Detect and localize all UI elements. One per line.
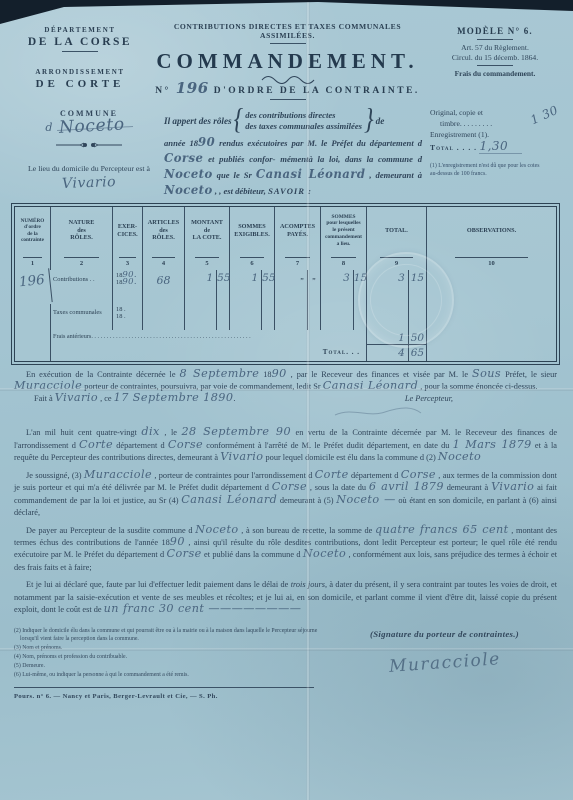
exercice-hand: 90. <box>122 277 137 287</box>
empty-cell <box>15 344 51 361</box>
col-number: 10 <box>427 255 556 270</box>
handwritten-entry: 1 Mars 1879 <box>453 438 532 451</box>
handwritten-entry: Corte <box>315 468 349 481</box>
exercice-line: 1890. <box>116 279 140 286</box>
header-right-block: MODÈLE N° 6. Art. 57 du Règlement. Circu… <box>429 22 561 103</box>
exercice-print: 18 . <box>116 306 140 313</box>
handwritten-entry: 28 Septembre 90 <box>181 425 291 438</box>
arrondissement-label: ARRONDISSEMENT <box>14 68 146 76</box>
appert-text: Il appert des rôles <box>164 116 232 126</box>
brace-lines: des contributions directes des taxes com… <box>245 110 362 131</box>
appert-row: Il appert des rôles { des contributions … <box>164 107 422 134</box>
handwritten-entry: Noceto <box>195 523 238 536</box>
francs-value: 3 <box>321 270 353 304</box>
exercice-print: 18 . <box>116 313 140 320</box>
printed-text: 18 <box>259 370 271 379</box>
footnote-4: (4) Nom, prénoms et profession du contri… <box>20 653 332 661</box>
appert-paragraph: année 1890 rendus exécutoires par M. le … <box>164 136 422 200</box>
handwritten-entry: Muracciole <box>84 468 152 481</box>
close-brace: } <box>364 104 374 138</box>
document-paper: DÉPARTEMENT DE LA CORSE ARRONDISSEMENT D… <box>0 0 573 800</box>
departement-name: DE LA CORSE <box>14 36 146 48</box>
handwritten-entry: Canasi Léonard <box>256 167 366 181</box>
photo-backdrop: DÉPARTEMENT DE LA CORSE ARRONDISSEMENT D… <box>0 0 573 800</box>
frais-label: Frais antérieurs <box>53 333 91 340</box>
col-number: 6 <box>230 255 275 270</box>
printed-text: conformément à l'arrêté de M. le Préfet … <box>203 441 453 450</box>
printed-text: , demeurant à <box>365 170 422 180</box>
montant-cell <box>185 304 230 330</box>
handwritten-entry: 17 Septembre 1890 <box>114 391 234 404</box>
observations-cell <box>427 330 556 344</box>
printed-text: , porteur de contraintes pour l'arrondis… <box>152 471 315 480</box>
paper-crease-horizontal <box>0 648 573 651</box>
fees-block: Original, copie et timbre. . . . . . . .… <box>422 107 561 200</box>
order-no-label: N° <box>155 86 171 96</box>
handwritten-entry: Noceto — <box>336 493 396 506</box>
header-center-block: CONTRIBUTIONS DIRECTES ET TAXES COMMUNAL… <box>146 22 429 103</box>
col-number: 8 <box>321 255 367 270</box>
handwritten-entry: Sous <box>472 367 501 380</box>
printed-text: . <box>233 394 235 403</box>
printed-text: , par le Receveur des finances et visée … <box>287 370 472 379</box>
handwritten-entry: Vivario <box>55 391 98 404</box>
exercices-values: 1890. 1890. <box>113 270 143 304</box>
articles-handwritten: 68 <box>143 270 185 304</box>
empty-cell <box>15 304 51 330</box>
exercices-empty: 18 . 18 . <box>113 304 143 330</box>
col-header-montant: MONTANT de LA COTE. <box>185 207 230 255</box>
fees-footnote: (1) L'enregistrement n'est dû que pour l… <box>430 163 548 179</box>
percepteur-domicile-handwritten: Vivario <box>62 182 116 184</box>
handwritten-entry: quatre francs 65 cent <box>375 523 509 536</box>
handwritten-entry: Canasi Léonard <box>181 493 277 506</box>
handwritten-entry: Corse <box>168 438 203 451</box>
printed-text: En exécution de la Contrainte décernée l… <box>26 370 180 379</box>
printed-text: Je soussigné, (3) <box>26 471 84 480</box>
handwritten-entry: dix <box>141 425 159 438</box>
open-brace: { <box>234 104 244 138</box>
printed-text: et publié dans la commune d <box>202 550 303 559</box>
handwritten-entry: 90 <box>272 367 287 380</box>
empty-cell <box>143 304 185 330</box>
nature-contributions: Contributions . . <box>51 270 113 304</box>
handwritten-entry: Vivario <box>220 450 263 463</box>
col-header-exercices: EXER- CICES. <box>113 207 143 255</box>
printed-text: , ce <box>98 394 114 403</box>
printed-text: , sous la date du <box>307 483 369 492</box>
montant-cell: 155 <box>185 270 230 304</box>
printed-text: De payer au Percepteur de la susdite com… <box>26 526 195 535</box>
imprint-rule <box>14 687 314 688</box>
fait-line: Fait à Vivario , ce 17 Septembre 1890. L… <box>34 394 453 403</box>
table-total-label: Total. . . <box>51 344 367 361</box>
intro-section: COMMUNE d Noceto Le lieu du domicile du … <box>0 103 573 200</box>
order-line: N° 196 D'ORDRE DE LA CONTRAINTE. <box>150 86 425 96</box>
circulaire-date: Circul. du 15 décemb. 1864. <box>429 53 561 62</box>
col-number: 5 <box>185 255 230 270</box>
header-left-block: DÉPARTEMENT DE LA CORSE ARRONDISSEMENT D… <box>14 22 146 103</box>
appert-block: Il appert des rôles { des contributions … <box>164 107 422 200</box>
divider-rule <box>270 43 306 44</box>
fees-total-label: Total . . . . <box>430 143 477 152</box>
percepteur-title: Le Percepteur, <box>405 394 453 403</box>
contributions-topline: CONTRIBUTIONS DIRECTES ET TAXES COMMUNAL… <box>150 22 425 40</box>
fees-lines: Original, copie et timbre. . . . . . . .… <box>430 107 561 153</box>
francs-value: 1 <box>230 270 261 304</box>
paper-crease-horizontal <box>0 388 573 391</box>
col-number: 7 <box>275 255 321 270</box>
brace-line-2: des taxes communales assimilées <box>245 121 362 131</box>
footnote-5: (5) Demeure. <box>20 662 332 670</box>
divider-rule <box>477 65 513 66</box>
handwritten-entry: Corte <box>79 438 113 451</box>
footnote-6: (6) Lui-même, ou indiquer la personne à … <box>20 671 332 679</box>
centimes-value: 55 <box>261 270 275 304</box>
fait-text: Fait à Vivario , ce 17 Septembre 1890. <box>34 394 236 403</box>
handwritten-entry: Noceto <box>164 183 213 197</box>
printed-text: année 18 <box>164 138 198 148</box>
reglement-article: Art. 57 du Règlement. <box>429 43 561 52</box>
flourish-ornament <box>54 141 124 149</box>
centimes-value: 55 <box>216 270 230 304</box>
signature-block: (Signature du porteur de contraintes.) M… <box>332 627 557 702</box>
printer-imprint: Pours. n° 6. — Nancy et Paris, Berger-Le… <box>14 692 332 701</box>
handwritten-entry: 90 <box>198 135 215 149</box>
handwritten-entry: Corse <box>401 468 436 481</box>
francs-value: 1 <box>185 270 216 304</box>
contrainte-table: NUMÉRO d'ordre de la contrainte NATURE d… <box>14 206 557 362</box>
divider-rule <box>477 39 513 40</box>
exigibles-cell <box>230 304 275 330</box>
handwritten-entry: Corse <box>166 547 201 560</box>
printed-text: Fait à <box>34 394 55 403</box>
document-title: COMMANDEMENT. <box>150 49 425 74</box>
col-number: 2 <box>51 255 113 270</box>
percepteur-domicile-label: Le lieu du domicile du Percepteur est à <box>14 164 164 174</box>
handwritten-entry: 6 avril 1879 <box>369 480 444 493</box>
divider-rule <box>62 51 98 52</box>
printed-text: Préfet, le sieur <box>501 370 557 379</box>
body-paragraph-an: L'an mil huit cent quatre-vingt dix , le… <box>14 427 557 464</box>
col-header-nature: NATURE des RÔLES. <box>51 207 113 255</box>
divider-rule <box>270 99 306 100</box>
printed-text: et publiés confor- mémentà la loi, dans … <box>203 154 422 164</box>
col-header-articles: ARTICLES des RÔLES. <box>143 207 185 255</box>
col-number: 4 <box>143 255 185 270</box>
footnote-2: (2) Indiquer le domicile élu dans la com… <box>20 627 332 643</box>
commune-prefix: d <box>45 121 52 134</box>
printed-text: que le Sr <box>213 170 256 180</box>
order-no-handwritten: 196 <box>176 79 209 97</box>
body-paragraph-declaration: Et je lui ai déclaré que, faute par lui … <box>14 579 557 616</box>
col-number: 1 <box>15 255 51 270</box>
empty-cell <box>15 330 51 344</box>
col-header-exigibles: SOMMES EXIGIBLES. <box>230 207 275 255</box>
col-header-total: TOTAL. <box>367 207 427 255</box>
col-header-numero: NUMÉRO d'ordre de la contrainte <box>15 207 51 255</box>
col-header-sommes: SOMMES pour lesquelles le présent comman… <box>321 207 367 255</box>
printed-text: , le <box>160 428 182 437</box>
commune-line: d Noceto <box>14 118 164 136</box>
commune-name-handwritten: Noceto <box>57 124 133 131</box>
porteur-signature-handwritten: Muracciole <box>388 649 501 677</box>
de-text: de <box>376 116 385 126</box>
document-header: DÉPARTEMENT DE LA CORSE ARRONDISSEMENT D… <box>0 14 573 103</box>
handwritten-entry: Corse <box>272 480 307 493</box>
nature-taxes: Taxes communales <box>51 304 113 330</box>
observations-cell <box>427 344 556 361</box>
handwritten-entry: Corse <box>164 151 203 165</box>
printed-text: département d <box>349 471 401 480</box>
fees-total-line: Total . . . . 1,30 <box>430 142 561 153</box>
signature-label: (Signature du porteur de contraintes.) <box>332 629 557 639</box>
fees-total-handwritten: 1,30 <box>479 139 522 154</box>
acomptes-cell: „„ <box>275 270 321 304</box>
printed-text: demeurant à <box>444 483 491 492</box>
contrainte-number-handwritten: 196 <box>13 268 52 306</box>
commune-block: COMMUNE d Noceto Le lieu du domicile du … <box>14 107 164 200</box>
printed-text: rendus exécutoires par M. le Préfet du d… <box>215 138 422 148</box>
brace-line-1: des contributions directes <box>245 110 335 120</box>
footer-section: (2) Indiquer le domicile élu dans la com… <box>14 627 557 702</box>
order-suffix: D'ORDRE DE LA CONTRAINTE. <box>214 86 420 96</box>
col-number: 3 <box>113 255 143 270</box>
frais-commandement-label: Frais du commandement. <box>429 69 561 78</box>
printed-text: Et je lui ai déclaré que, faute par lui … <box>26 580 291 589</box>
handwritten-entry: un franc 30 cent ———————— <box>104 602 302 615</box>
arrondissement-name: DE CORTE <box>14 78 146 90</box>
col-header-acomptes: ACOMPTES PAYÉS. <box>275 207 321 255</box>
modele-number: MODÈLE N° 6. <box>429 26 561 36</box>
handwritten-entry: Noceto <box>164 167 213 181</box>
handwritten-entry: Noceto <box>438 450 481 463</box>
ditto-mark: „ <box>275 270 307 304</box>
handwritten-entry: 8 Septembre <box>180 367 260 380</box>
handwritten-entry: 90 <box>170 535 185 548</box>
exigibles-cell: 155 <box>230 270 275 304</box>
footnotes-block: (2) Indiquer le domicile élu dans la com… <box>14 627 332 702</box>
body-paragraph-soussigne: Je soussigné, (3) Muracciole , porteur d… <box>14 470 557 520</box>
departement-label: DÉPARTEMENT <box>14 26 146 34</box>
printed-text: pour lequel domicile est élu dans la com… <box>263 453 437 462</box>
acomptes-cell <box>275 304 321 330</box>
percepteur-signature-stroke <box>333 405 423 419</box>
dotted-leader: . . . . . . . . . . . . . . . . . . . . … <box>91 333 250 340</box>
printed-text: département d <box>113 441 168 450</box>
handwritten-entry: Vivario <box>491 480 534 493</box>
printed-text: , , est débiteur, <box>213 186 268 196</box>
col-header-observations: OBSERVATIONS. <box>427 207 556 255</box>
frais-anterieurs-line: Frais antérieurs. . . . . . . . . . . . … <box>51 330 367 344</box>
paper-crease-vertical <box>306 0 310 800</box>
body-paragraph-payer: De payer au Percepteur de la susdite com… <box>14 525 557 575</box>
printed-text: L'an mil huit cent quatre-vingt <box>26 428 141 437</box>
